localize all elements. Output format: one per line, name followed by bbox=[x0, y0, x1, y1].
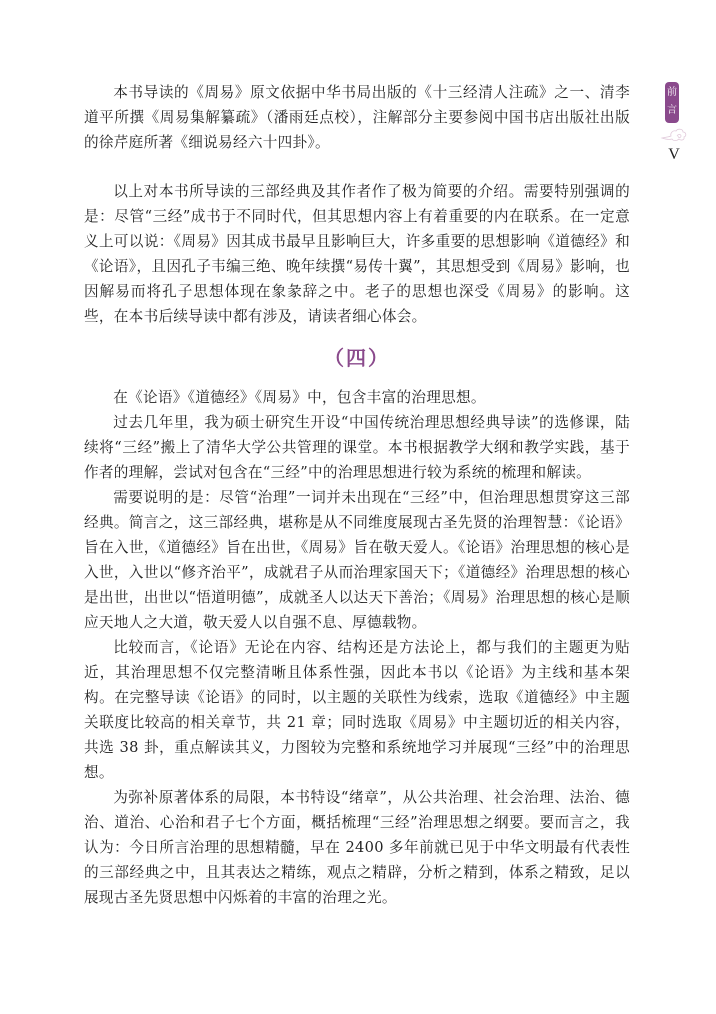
chapter-tab-preface: 前 言 bbox=[665, 82, 679, 123]
paragraph: 需要说明的是：尽管“治理”一词并未出现在“三经”中，但治理思想贯穿这三部经典。简… bbox=[84, 485, 630, 635]
paragraph: 为弥补原著体系的局限，本书特设“绪章”，从公共治理、社会治理、法治、德治、道治、… bbox=[84, 785, 630, 910]
cloud-ornament-icon bbox=[660, 127, 688, 143]
paragraph: 本书导读的《周易》原文依据中华书局出版的《十三经清人注疏》之一、清李道平所撰《周… bbox=[84, 80, 630, 155]
page-body: 本书导读的《周易》原文依据中华书局出版的《十三经清人注疏》之一、清李道平所撰《周… bbox=[84, 80, 630, 910]
paragraph: 在《论语》《道德经》《周易》中，包含丰富的治理思想。 bbox=[84, 385, 630, 410]
chapter-tab-char: 前 bbox=[665, 84, 679, 102]
section-heading: （四） bbox=[84, 343, 630, 373]
paragraph: 以上对本书所导读的三部经典及其作者作了极为简要的介绍。需要特别强调的是：尽管“三… bbox=[84, 179, 630, 329]
paragraph: 过去几年里，我为硕士研究生开设“中国传统治理思想经典导读”的选修课，陆续将“三经… bbox=[84, 410, 630, 485]
chapter-tab-char: 言 bbox=[665, 102, 679, 120]
page-number: V bbox=[662, 146, 686, 164]
paragraph: 比较而言，《论语》无论在内容、结构还是方法论上，都与我们的主题更为贴近，其治理思… bbox=[84, 635, 630, 785]
